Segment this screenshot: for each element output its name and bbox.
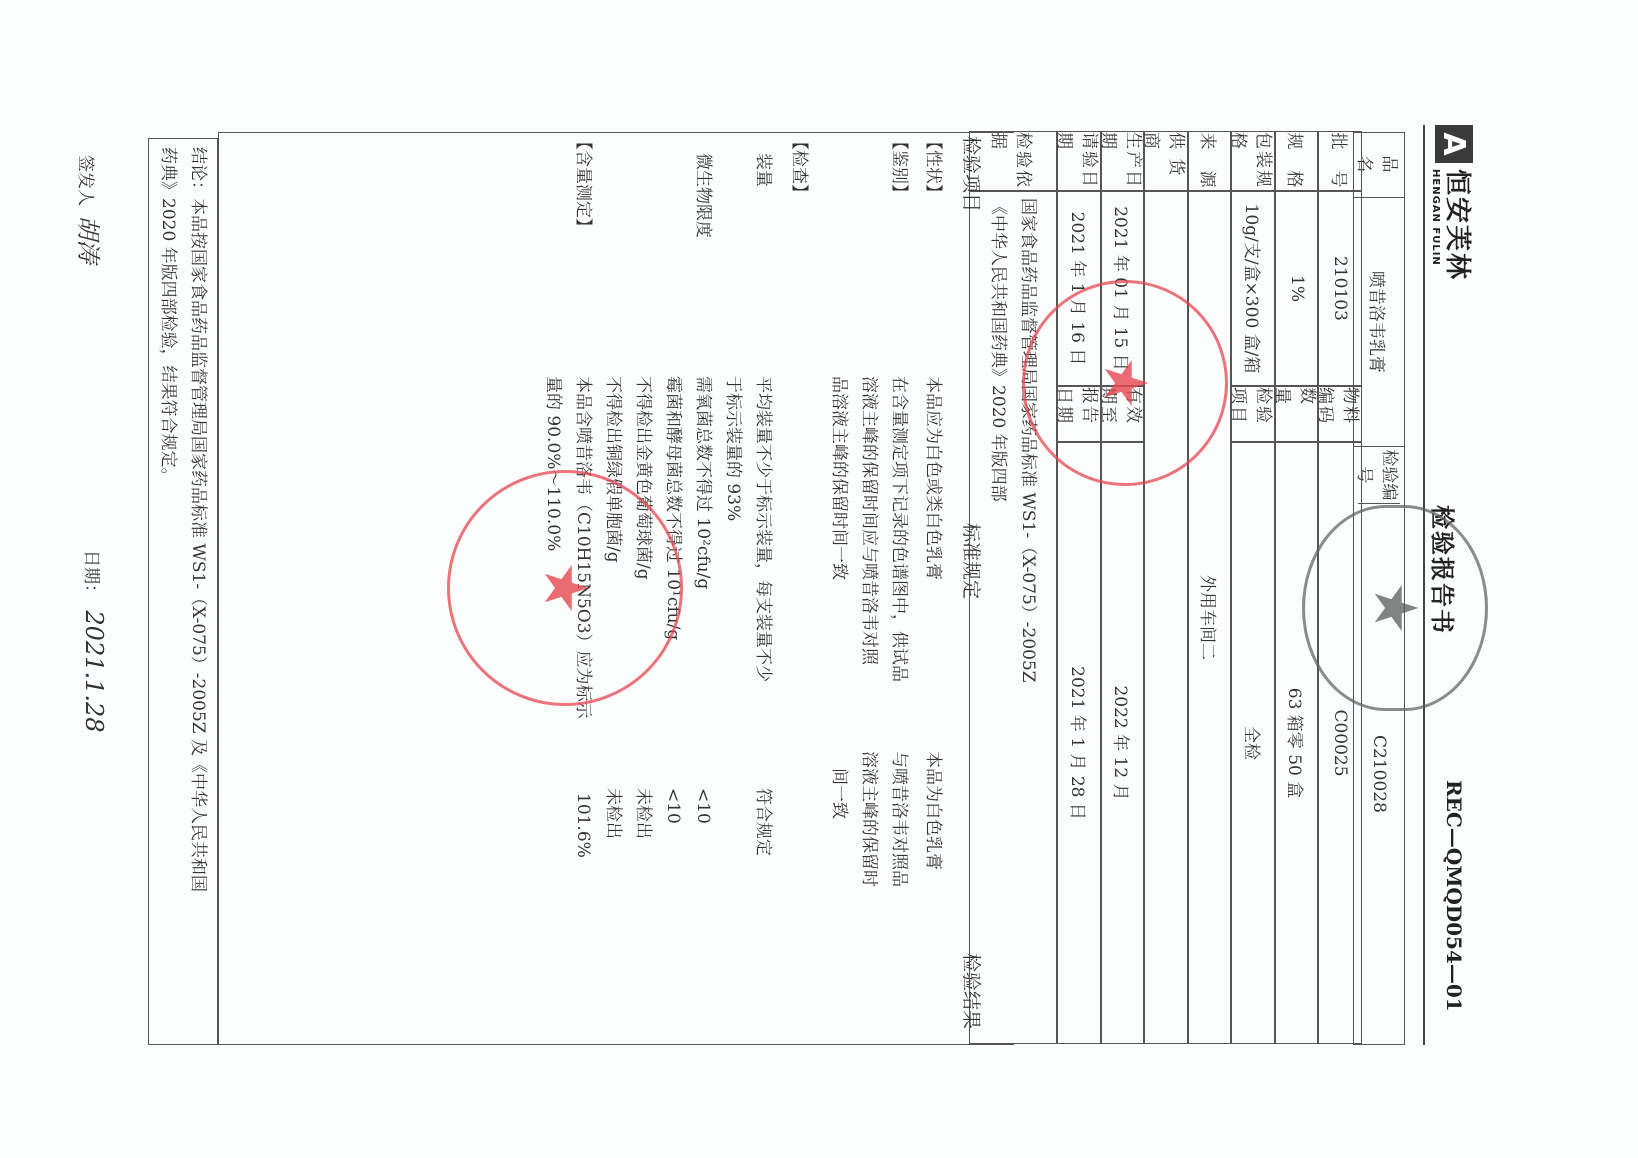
conclusion-line-1: 结论：本品按国家食品药品监督管理局国家药品标准 WS1-（X-075）-2005… bbox=[183, 147, 213, 1036]
report-date: 2021 年 1 月 28 日 bbox=[1058, 442, 1102, 1044]
label-test-items: 检验项目 bbox=[1232, 386, 1276, 442]
micro-standard-1: 需氧菌总数不得过 10²cfu/g bbox=[688, 376, 718, 589]
appearance-standard: 本品应为白色或类白色乳膏 bbox=[918, 376, 948, 580]
appearance-result: 本品为白色乳膏 bbox=[918, 751, 948, 870]
ident-standard-2: 溶液主峰的保留时间应与喷昔洛韦对照 bbox=[854, 376, 884, 665]
logo-mark-icon: A bbox=[1435, 125, 1473, 163]
section-identification: 【鉴别】 bbox=[884, 133, 914, 201]
section-assay: 【含量测定】 bbox=[568, 133, 598, 235]
logo-en: HENGAN FULIN bbox=[1430, 169, 1441, 281]
micro-result-2: <10 bbox=[658, 788, 688, 824]
expiry: 2022 年 12 月 bbox=[1101, 442, 1145, 1044]
package: 10g/支/盒×300 盒/箱 bbox=[1232, 191, 1276, 386]
company-logo: A 恒安芙林 HENGAN FULIN bbox=[1430, 125, 1478, 281]
fill-result: 符合规定 bbox=[748, 788, 778, 856]
ident-result-2: 溶液主峰的保留时 bbox=[854, 751, 884, 887]
label-request-date: 请验日期 bbox=[1058, 131, 1102, 191]
star-icon: ★ bbox=[1360, 581, 1430, 635]
micro-result-1: <10 bbox=[688, 788, 718, 824]
ident-standard-1: 在含量测定项下记录的色谱图中，供试品 bbox=[884, 376, 914, 682]
star-icon: ★ bbox=[530, 561, 600, 615]
ident-result-3: 间一致 bbox=[824, 768, 854, 819]
label-batch: 批 号 bbox=[1319, 131, 1363, 191]
date-handwritten: 2021.1.28 bbox=[80, 610, 108, 732]
date-seal-stamp: ★ bbox=[1022, 280, 1228, 486]
micro-result-3: 未检出 bbox=[628, 788, 658, 839]
signer-label: 签发人 bbox=[75, 155, 95, 206]
label-quantity: 数 量 bbox=[1275, 386, 1319, 442]
label-spec: 规 格 bbox=[1275, 131, 1319, 191]
batch: 210103 bbox=[1319, 191, 1363, 386]
star-icon: ★ bbox=[1090, 356, 1160, 410]
col-header-item: 检验项目 bbox=[959, 136, 986, 212]
label-package: 包装规格 bbox=[1232, 131, 1276, 191]
inspection-report-page: A 恒安芙林 HENGAN FULIN 检验报告书 REC—QMQD054—01… bbox=[0, 0, 1638, 1158]
conclusion-line-2: 药典》2020 年版四部检验，结果符合规定。 bbox=[153, 147, 183, 1036]
quantity: 63 箱零 50 盒 bbox=[1275, 442, 1319, 1044]
date-label: 日期： bbox=[81, 550, 101, 601]
micro-item: 微生物限度 bbox=[688, 153, 718, 238]
label-prod-date: 生产日期 bbox=[1101, 131, 1145, 191]
document-code: REC—QMQD054—01 bbox=[1442, 780, 1466, 1012]
section-inspection: 【检查】 bbox=[784, 133, 814, 201]
fill-item: 装量 bbox=[748, 153, 778, 187]
signer-signature: 胡涛 bbox=[74, 215, 102, 263]
sign-date: 日期： 2021.1.28 bbox=[80, 550, 108, 733]
section-appearance: 【性状】 bbox=[918, 133, 948, 201]
label-supplier: 供 货 商 bbox=[1145, 131, 1189, 191]
qa-seal-stamp: ★ bbox=[1302, 505, 1488, 711]
signer: 签发人 胡涛 bbox=[73, 155, 108, 263]
micro-result-4: 未检出 bbox=[598, 788, 628, 839]
fill-standard-1: 平均装量不少于标示装量，每支装量不少 bbox=[748, 376, 778, 682]
col-header-result: 检验结果 bbox=[959, 953, 986, 1029]
ident-standard-3: 品溶液主峰的保留时间一致 bbox=[824, 376, 854, 580]
spec: 1% bbox=[1275, 191, 1319, 386]
ident-result-1: 与喷昔洛韦对照品 bbox=[884, 751, 914, 887]
assay-result: 101.6% bbox=[568, 793, 598, 858]
label-test-no: 检验编号 bbox=[1358, 447, 1400, 504]
label-source: 来 源 bbox=[1188, 131, 1232, 191]
col-header-standard: 标准规定 bbox=[959, 523, 986, 599]
company-inspection-stamp: ★ bbox=[447, 470, 683, 706]
label-material-code: 物料编码 bbox=[1319, 386, 1363, 442]
test-items: 全检 bbox=[1232, 442, 1276, 1044]
conclusion-box: 结论：本品按国家食品药品监督管理局国家药品标准 WS1-（X-075）-2005… bbox=[148, 138, 218, 1045]
logo-cn: 恒安芙林 bbox=[1441, 169, 1478, 281]
fill-standard-2: 于标示装量的 93% bbox=[718, 376, 748, 521]
